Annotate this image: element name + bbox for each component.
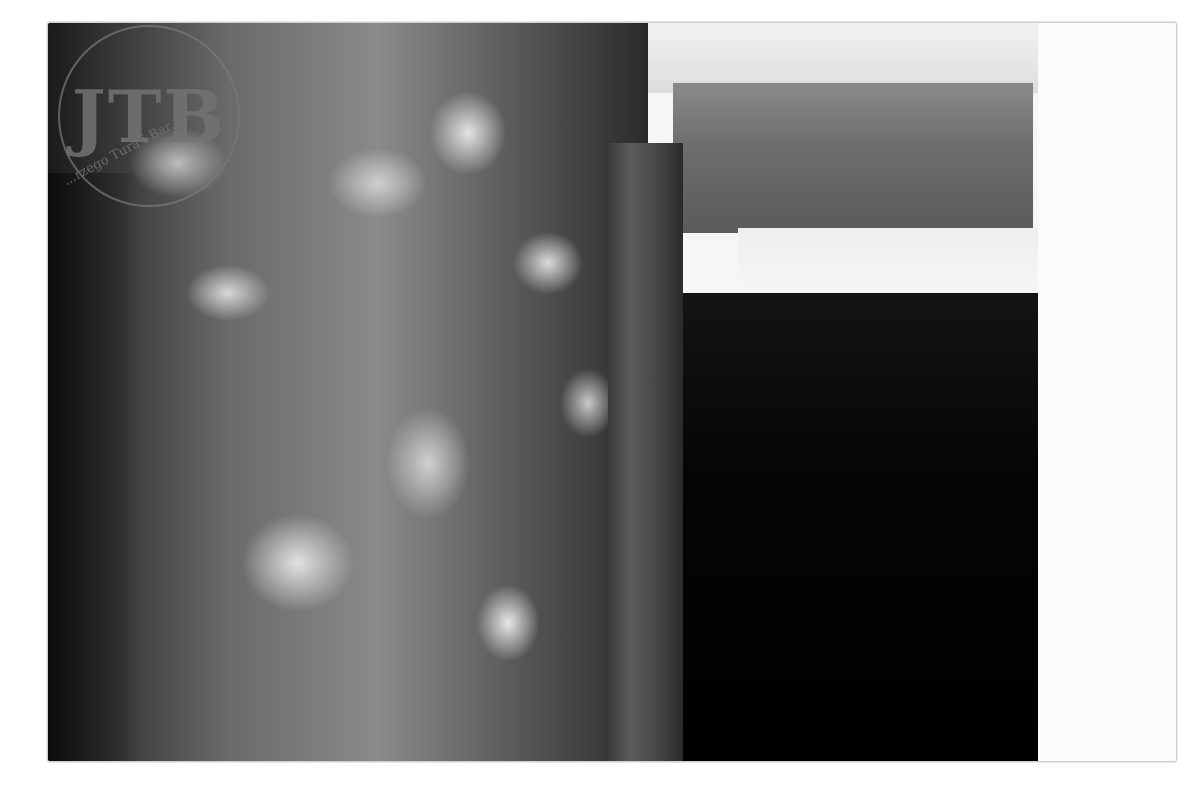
watermark-logo: JTB ...rzego Tura i Bar... xyxy=(58,25,240,207)
wooden-door-post xyxy=(608,143,683,761)
wall-shadow xyxy=(48,173,138,761)
wooden-lintel xyxy=(673,83,1033,233)
white-wall xyxy=(1038,23,1176,761)
photograph: JTB ...rzego Tura i Bar... xyxy=(47,22,1177,762)
dark-doorway xyxy=(648,293,1038,761)
